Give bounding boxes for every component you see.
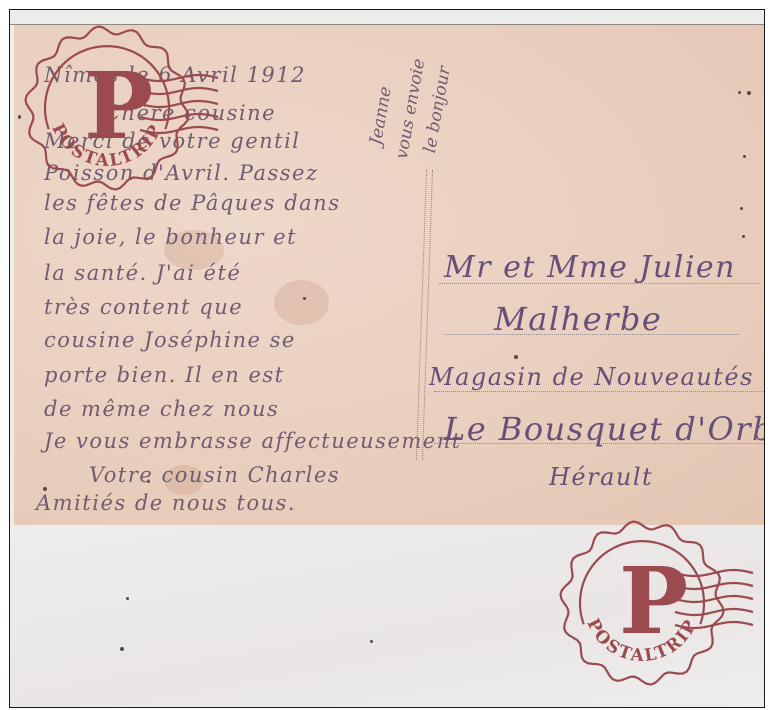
address-rule bbox=[434, 391, 764, 392]
spot bbox=[370, 640, 373, 643]
postaltrip-watermark: P POSTALTRIP bbox=[22, 20, 222, 200]
postmark-stamp-icon: P POSTALTRIP bbox=[557, 515, 757, 695]
signature-line: Votre cousin Charles bbox=[89, 463, 340, 487]
spot bbox=[126, 597, 129, 600]
letter-line: porte bien. Il en est bbox=[44, 363, 285, 387]
postaltrip-watermark: P POSTALTRIP bbox=[557, 515, 757, 695]
stain bbox=[274, 280, 329, 325]
spot bbox=[743, 155, 746, 158]
address-line-4: Le Bousquet d'Orb bbox=[444, 410, 765, 448]
letter-line: la joie, le bonheur et bbox=[44, 225, 297, 249]
spot bbox=[120, 647, 124, 651]
spot bbox=[18, 115, 21, 119]
spot bbox=[738, 91, 741, 94]
letter-line: cousine Joséphine se bbox=[44, 328, 296, 352]
spot bbox=[747, 91, 751, 95]
margin-note-line: Jeanne bbox=[366, 85, 396, 147]
spot bbox=[514, 355, 518, 359]
letter-line: la santé. J'ai été bbox=[44, 261, 241, 285]
address-line-3: Magasin de Nouveautés bbox=[429, 363, 754, 391]
letter-line: Amitiés de nous tous. bbox=[36, 491, 296, 515]
spot bbox=[303, 297, 306, 300]
card-divider bbox=[416, 170, 433, 460]
letter-line: Je vous embrasse affectueusement bbox=[44, 429, 462, 453]
spot bbox=[742, 235, 745, 238]
address-line-1: Mr et Mme Julien bbox=[444, 250, 736, 285]
scan-frame: Nîmes le 6 Avril 1912 Chère cousine Merc… bbox=[9, 9, 765, 708]
postmark-stamp-icon: P POSTALTRIP bbox=[22, 20, 222, 200]
spot bbox=[740, 207, 743, 210]
address-line-5: Hérault bbox=[549, 463, 653, 491]
letter-line: très content que bbox=[44, 295, 243, 319]
address-line-2: Malherbe bbox=[494, 300, 662, 338]
letter-line: de même chez nous bbox=[44, 397, 279, 421]
